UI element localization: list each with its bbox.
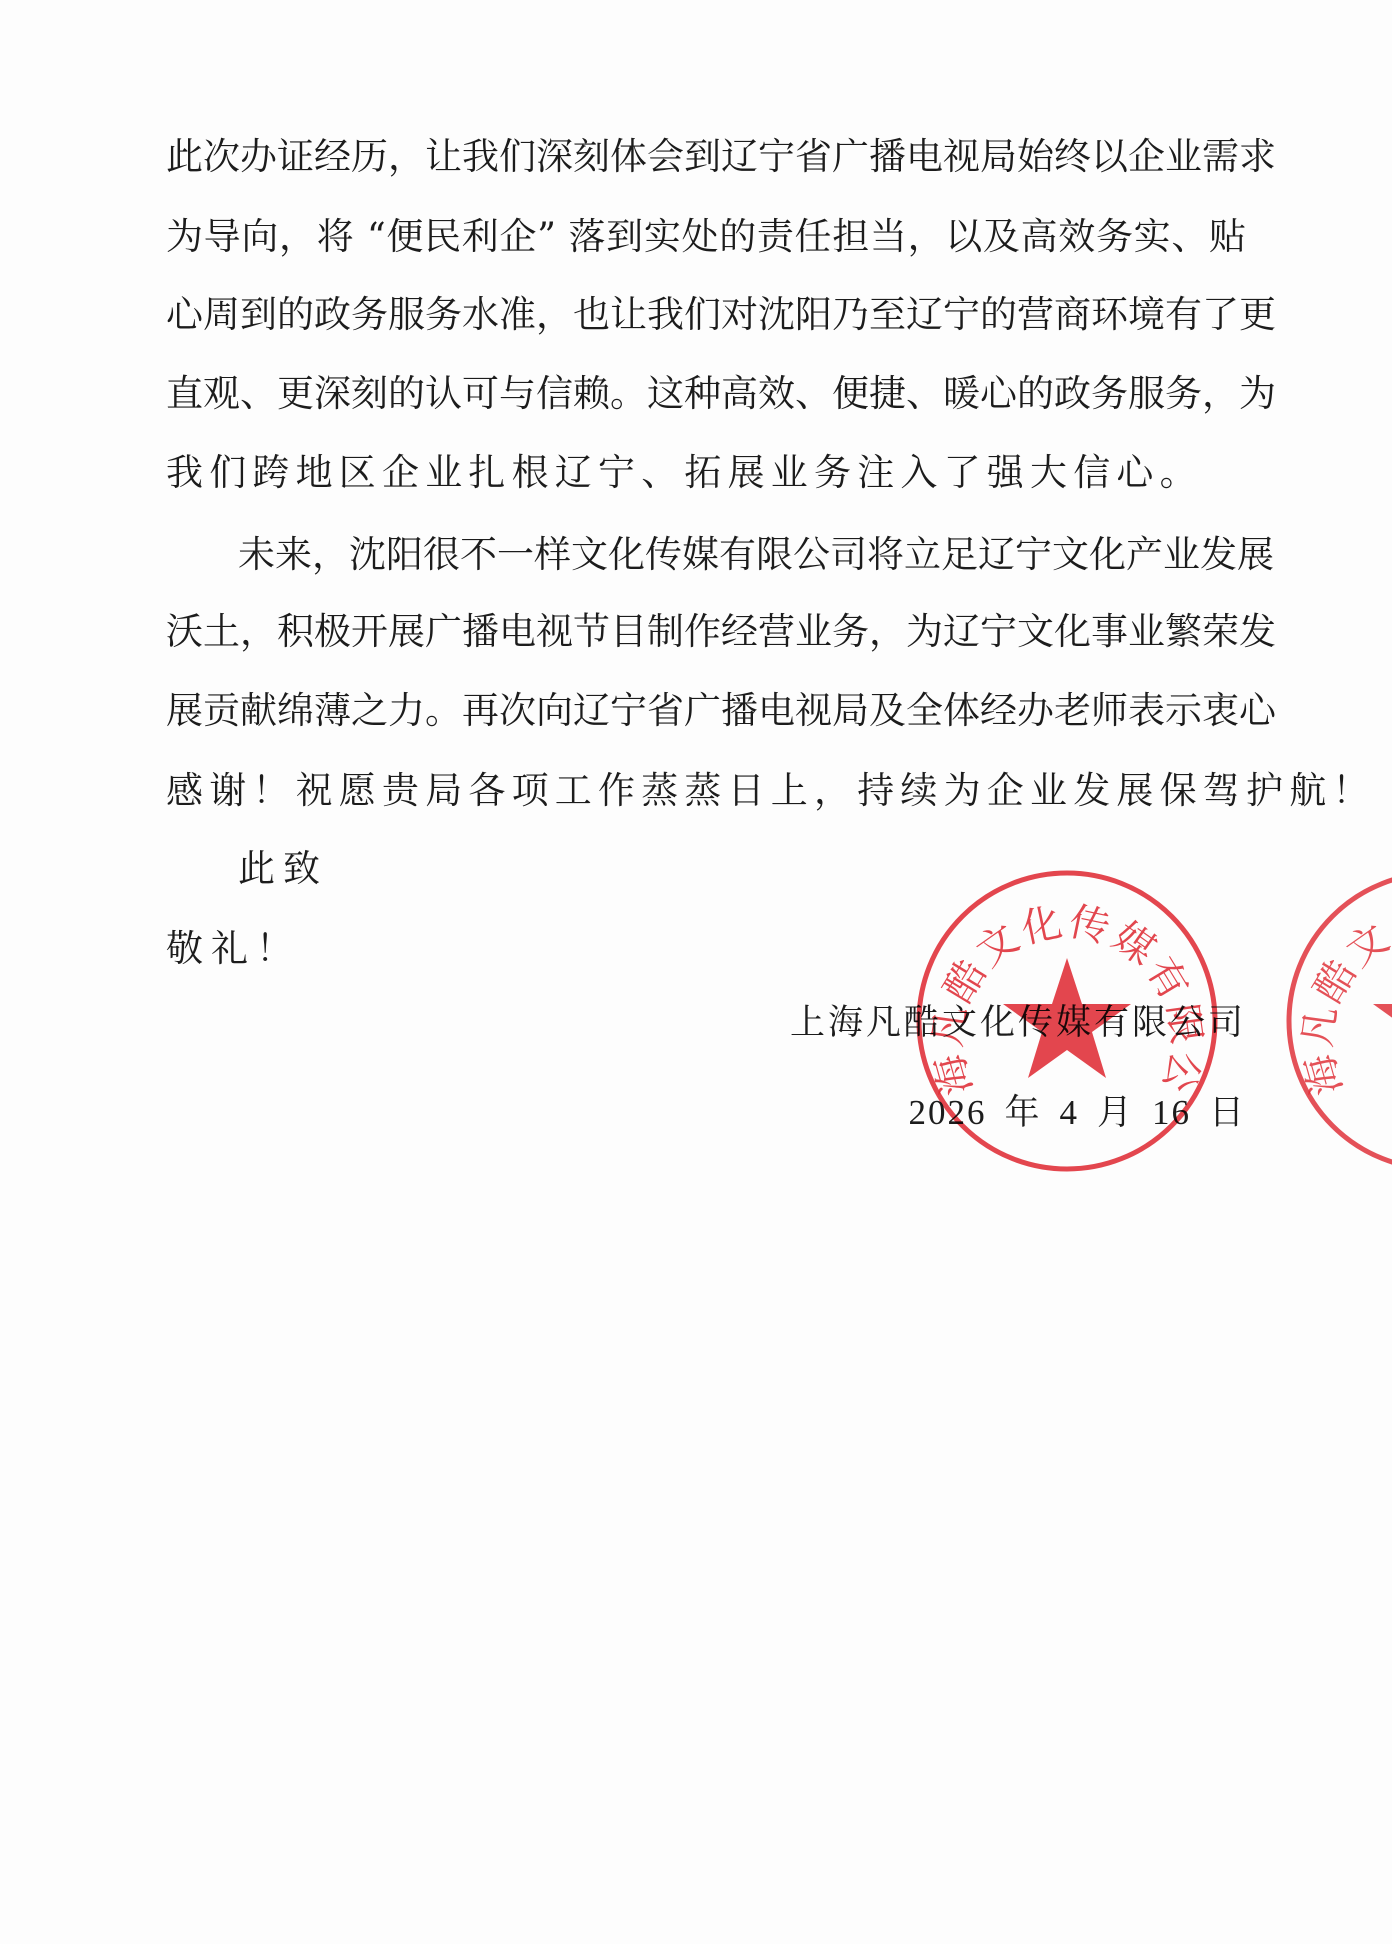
paragraph-line: 心周到的政务服务水准，也让我们对沈阳乃至辽宁的营商环境有了更: [166, 296, 1246, 333]
closing-respect: 敬礼！: [166, 930, 301, 967]
date-day: 16: [1152, 1093, 1191, 1132]
paragraph-line: 未来，沈阳很不一样文化传媒有限公司将立足辽宁文化产业发展: [238, 536, 1246, 573]
closing-salute: 此致: [238, 850, 328, 887]
letter-page: 此次办证经历，让我们深刻体会到辽宁省广播电视局始终以企业需求 为导向，将 “便民…: [0, 0, 1392, 1944]
signature-company: 上海凡酷文化传媒有限公司: [790, 1006, 1246, 1041]
date-day-unit: 日: [1209, 1093, 1246, 1132]
company-seal-edge: 上海凡酷文化传媒有限公司: [1282, 866, 1392, 1176]
svg-text:上海凡酷文化传媒有限公司: 上海凡酷文化传媒有限公司: [1282, 866, 1392, 1100]
date-year: 2026: [908, 1093, 986, 1132]
signature-date: 2026年4月16日: [908, 1095, 1246, 1130]
seal-text: 上海凡酷文化传媒有限公司: [912, 866, 1210, 1100]
paragraph-line: 展贡献绵薄之力。再次向辽宁省广播电视局及全体经办老师表示衷心: [166, 692, 1246, 729]
date-month: 4: [1059, 1093, 1079, 1132]
star-icon: [1373, 958, 1392, 1078]
date-year-unit: 年: [1004, 1093, 1041, 1132]
paragraph-line: 我们跨地区企业扎根辽宁、拓展业务注入了强大信心。: [166, 454, 1203, 491]
paragraph-line: 为导向，将 “便民利企” 落到实处的责任担当，以及高效务实、贴: [166, 218, 1246, 255]
svg-text:上海凡酷文化传媒有限公司: 上海凡酷文化传媒有限公司: [912, 866, 1210, 1100]
paragraph-line: 此次办证经历，让我们深刻体会到辽宁省广播电视局始终以企业需求: [166, 138, 1246, 175]
paragraph-line: 直观、更深刻的认可与信赖。这种高效、便捷、暖心的政务服务，为: [166, 375, 1246, 412]
date-month-unit: 月: [1097, 1093, 1134, 1132]
paragraph-line: 沃土，积极开展广播电视节目制作经营业务，为辽宁文化事业繁荣发: [166, 613, 1246, 650]
seal-text-edge: 上海凡酷文化传媒有限公司: [1282, 866, 1392, 1100]
paragraph-line: 感谢！祝愿贵局各项工作蒸蒸日上，持续为企业发展保驾护航！: [166, 772, 1376, 809]
